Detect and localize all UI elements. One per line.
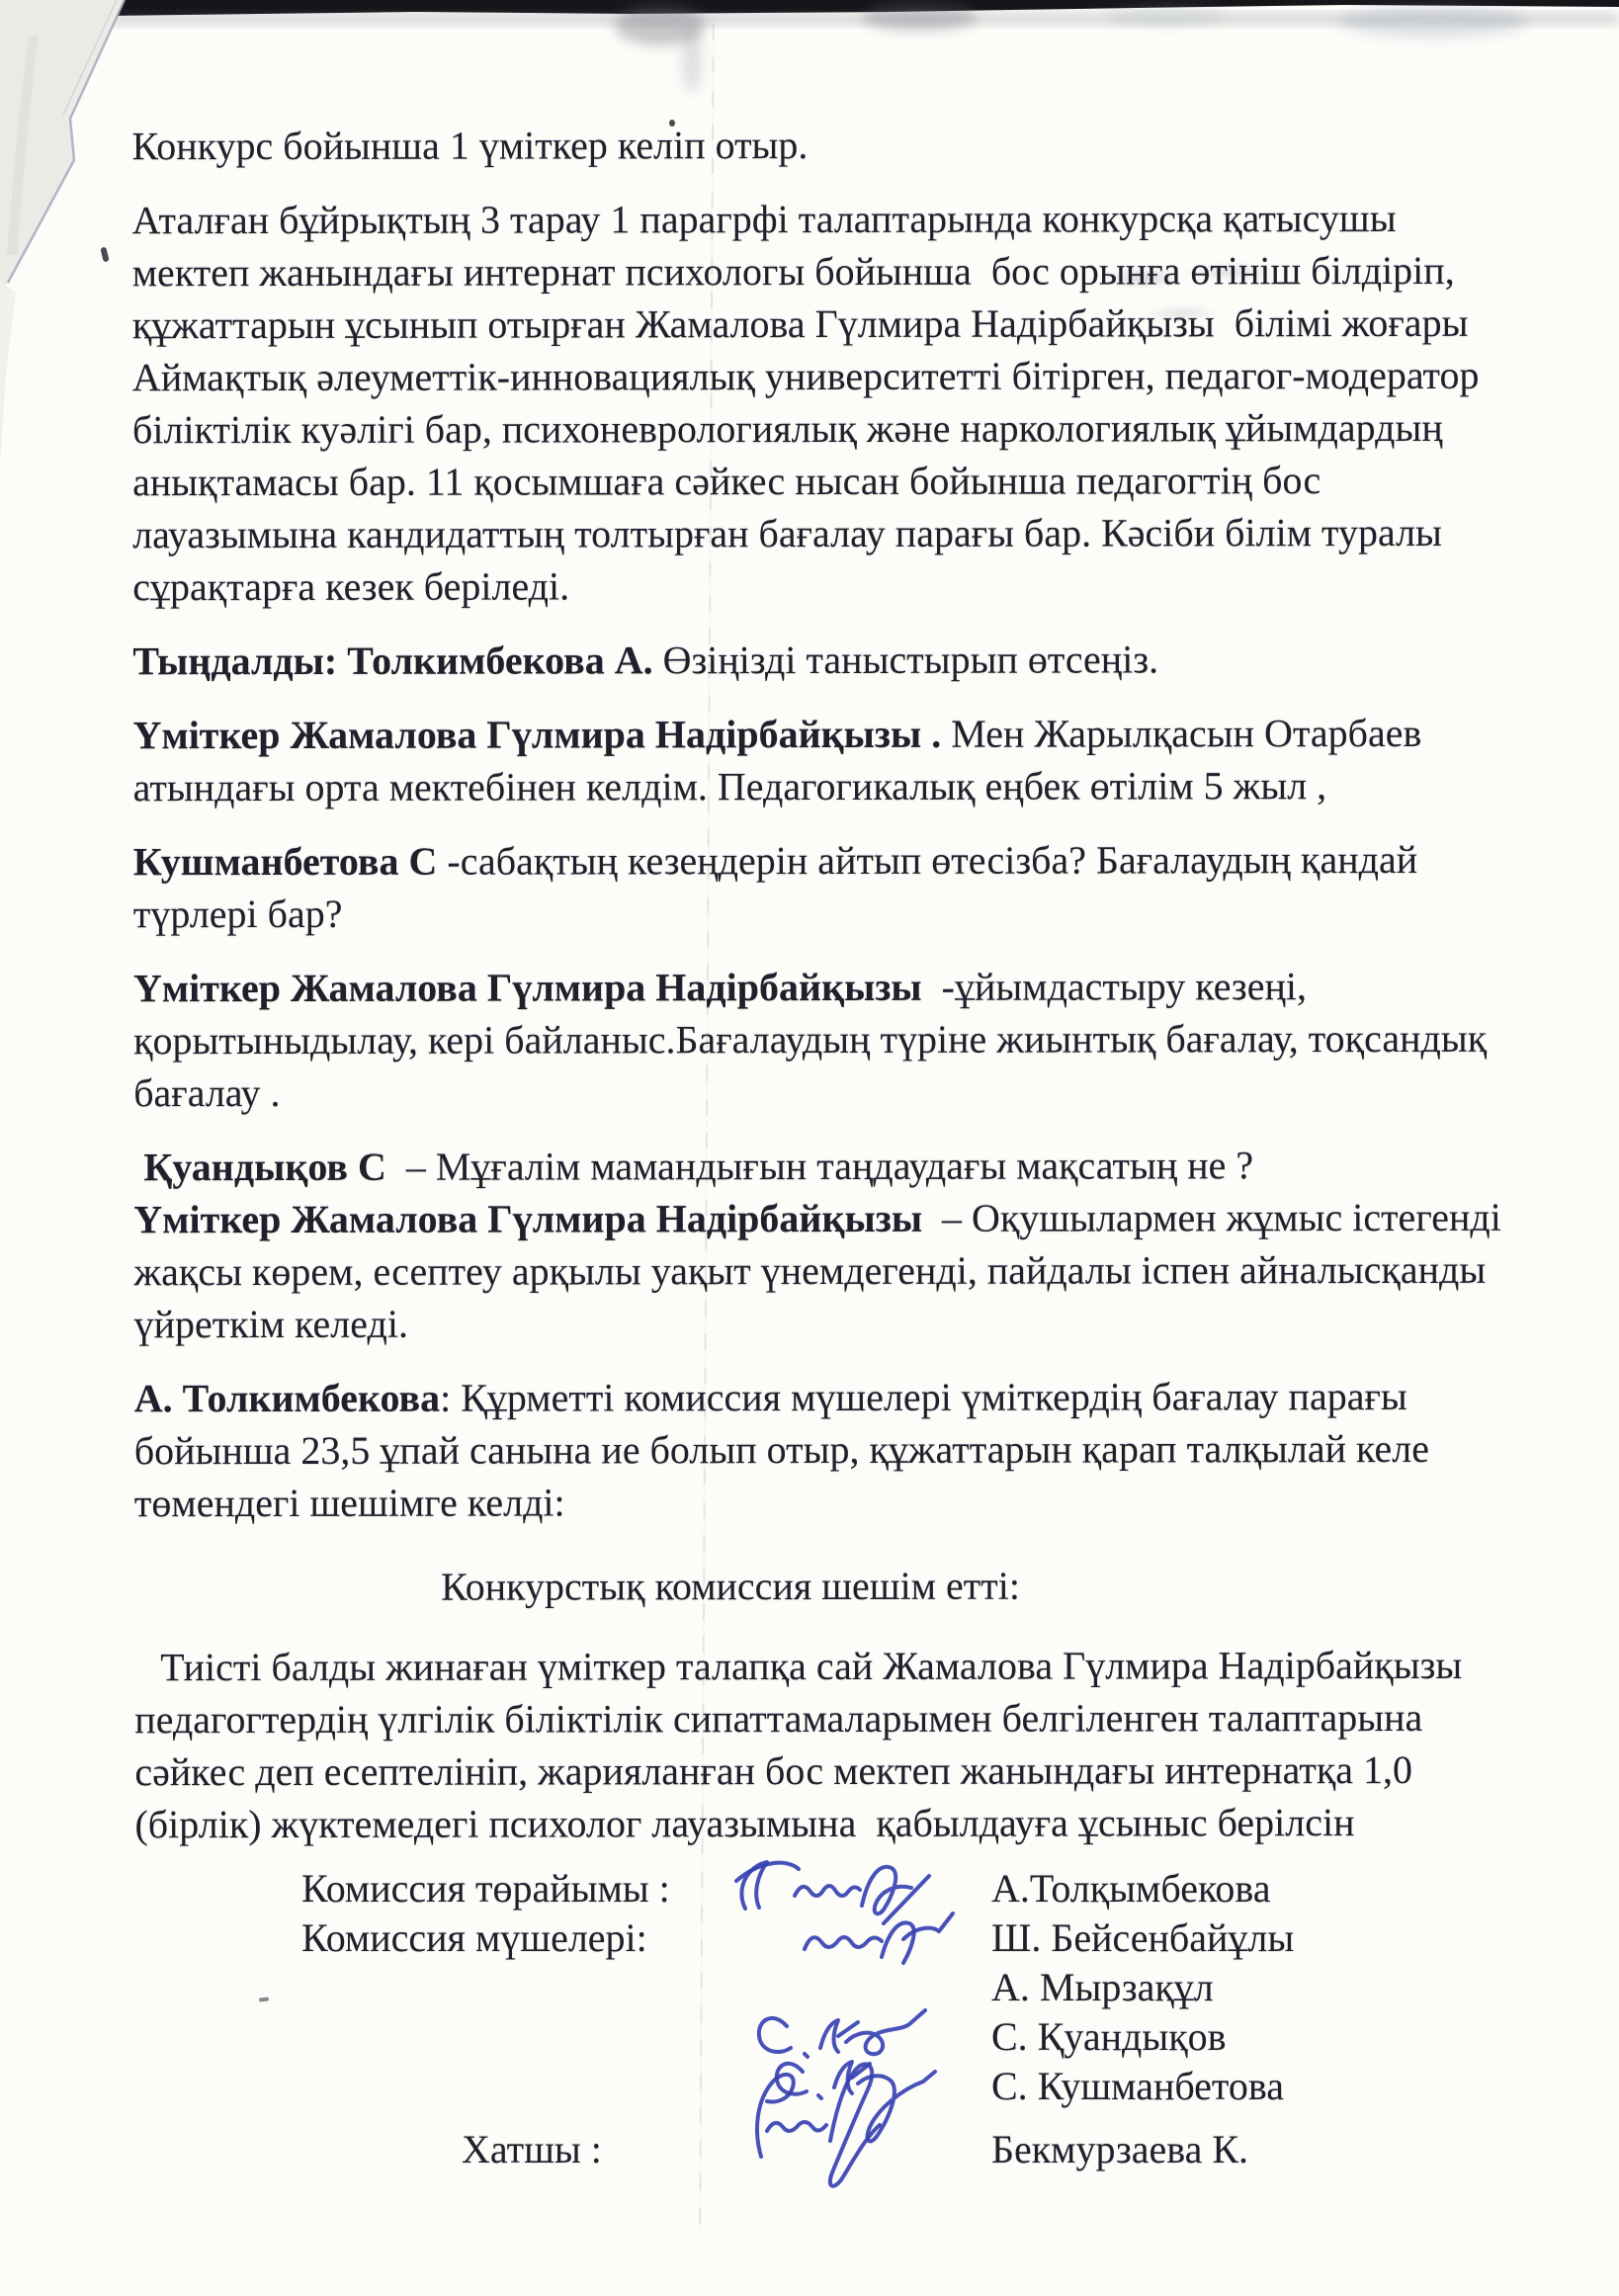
text-line: А. Толкимбекова: Құрметті комиссия мүшел… bbox=[134, 1370, 1538, 1424]
text-line: біліктілік куәлігі бар, психоневрологиял… bbox=[132, 401, 1536, 456]
text-run: : Құрметті комиссия мүшелері үміткердің … bbox=[440, 1374, 1407, 1420]
speaker-name: Үміткер Жамалова Гүлмира Надірбайқызы bbox=[133, 965, 932, 1010]
signature-block: Комиссия төрайымы :А.ТолқымбековаКомисси… bbox=[133, 1864, 1537, 2174]
text-line: Үміткер Жамалова Гүлмира Надірбайқызы – … bbox=[133, 1191, 1537, 1245]
text-line: педагогтердің үлгілік біліктілік сипатта… bbox=[134, 1691, 1538, 1745]
text-line: Тиісті балды жинаған үміткер талапқа сай… bbox=[134, 1639, 1538, 1693]
text-run: Конкурстық комиссия шешім етті: bbox=[441, 1564, 1020, 1609]
paragraph: Тиісті балды жинаған үміткер талапқа сай… bbox=[134, 1639, 1538, 1850]
paragraph: Кушманбетова С -сабақтың кезеңдерін айты… bbox=[133, 833, 1537, 940]
text-run: мектеп жанындағы интернат психологы бойы… bbox=[132, 248, 1455, 295]
text-line: Үміткер Жамалова Гүлмира Надірбайқызы -ұ… bbox=[133, 960, 1537, 1014]
text-run: сұрақтарға кезек беріледі. bbox=[132, 563, 569, 609]
text-run: – Оқушылармен жұмыс істегенді bbox=[932, 1195, 1501, 1240]
paragraph: Тыңдалды: Толкимбекова А. Өзіңізді таныс… bbox=[132, 633, 1536, 687]
text-line: бағалау . bbox=[133, 1064, 1537, 1119]
decision-heading: Конкурстық комиссия шешім етті: bbox=[134, 1559, 1538, 1613]
text-line: Конкурс бойынша 1 үміткер келіп отыр. bbox=[131, 118, 1535, 172]
document-body: Конкурс бойынша 1 үміткер келіп отыр.Ата… bbox=[131, 118, 1538, 1872]
text-run: үйреткім келеді. bbox=[134, 1302, 408, 1346]
signatory-name: Ш. Бейсенбайұлы bbox=[991, 1913, 1294, 1963]
paragraph: Үміткер Жамалова Гүлмира Надірбайқызы . … bbox=[132, 707, 1536, 813]
signature-role-label: Комиссия төрайымы : bbox=[301, 1864, 670, 1913]
text-line: сәйкес деп есептелініп, жарияланған бос … bbox=[134, 1743, 1538, 1798]
text-line: Үміткер Жамалова Гүлмира Надірбайқызы . … bbox=[132, 707, 1536, 761]
paragraph: Қуандықов С – Мұғалім мамандығын таңдауд… bbox=[133, 1139, 1537, 1350]
signature-row-secretary: Хатшы :Бекмурзаева К. bbox=[133, 2125, 1537, 2174]
text-line: анықтамасы бар. 11 қосымшаға сәйкес ныса… bbox=[132, 454, 1536, 508]
text-line: сұрақтарға кезек беріледі. bbox=[132, 558, 1536, 613]
scan-edge-band bbox=[0, 0, 1619, 128]
text-run: -сабақтың кезеңдерін айтып өтесізба? Бағ… bbox=[437, 837, 1417, 884]
text-line: құжаттарын ұсынып отырған Жамалова Гүлми… bbox=[132, 297, 1536, 351]
text-run: Аталған бұйрықтың 3 тарау 1 парагрфі тал… bbox=[132, 196, 1397, 242]
paragraph: А. Толкимбекова: Құрметті комиссия мүшел… bbox=[134, 1370, 1538, 1529]
text-line: жақсы көрем, есептеу арқылы уақыт үнемде… bbox=[133, 1243, 1537, 1298]
margin-ink-tick bbox=[100, 246, 109, 262]
text-line: қорытыныдылау, кері байланыс.Бағалаудың … bbox=[133, 1012, 1537, 1066]
speaker-name: Қуандықов С bbox=[133, 1145, 396, 1189]
text-line: Аймақтық әлеуметтік-инновациялық универс… bbox=[132, 349, 1536, 403]
text-run: сәйкес деп есептелініп, жарияланған бос … bbox=[134, 1747, 1412, 1794]
signatory-name: Бекмурзаева К. bbox=[991, 2125, 1248, 2174]
signatory-name: А.Толқымбекова bbox=[991, 1864, 1270, 1913]
text-line: Конкурстық комиссия шешім етті: bbox=[441, 1559, 1538, 1613]
text-run: Конкурс бойынша 1 үміткер келіп отыр. bbox=[131, 123, 808, 168]
signature-row-member: С. Қуандықов bbox=[133, 2012, 1537, 2062]
text-run: атындағы орта мектебінен келдім. Педагог… bbox=[133, 763, 1327, 809]
signature-row-member: А. Мырзақұл bbox=[133, 1963, 1537, 2012]
text-line: (бірлік) жүктемедегі психолог лауазымына… bbox=[134, 1796, 1538, 1850]
paragraph: Конкурс бойынша 1 үміткер келіп отыр. bbox=[131, 118, 1535, 172]
speaker-name: Үміткер Жамалова Гүлмира Надірбайқызы . bbox=[133, 712, 942, 757]
signatory-name: С. Қуандықов bbox=[991, 2012, 1227, 2062]
text-run: біліктілік куәлігі бар, психоневрологиял… bbox=[132, 405, 1443, 452]
text-run: төмендегі шешімге келді: bbox=[134, 1480, 565, 1525]
text-line: Кушманбетова С -сабақтың кезеңдерін айты… bbox=[133, 833, 1537, 888]
text-run: Мен Жарылқасын Отарбаев bbox=[941, 711, 1421, 756]
text-run: Тиісті балды жинаған үміткер талапқа сай… bbox=[160, 1643, 1462, 1689]
speaker-name: А. Толкимбекова bbox=[134, 1376, 440, 1421]
speaker-name: Тыңдалды: Толкимбекова А. bbox=[132, 638, 652, 683]
text-run: бағалау . bbox=[133, 1070, 280, 1115]
speaker-name: Үміткер Жамалова Гүлмира Надірбайқызы bbox=[133, 1196, 932, 1241]
signature-role-label: Хатшы : bbox=[462, 2125, 602, 2174]
text-run: лауазымына кандидаттың толтырған бағалау… bbox=[132, 510, 1442, 556]
text-run: түрлері бар? bbox=[133, 892, 343, 936]
text-line: Тыңдалды: Толкимбекова А. Өзіңізді таныс… bbox=[132, 633, 1536, 687]
speaker-name: Кушманбетова С bbox=[133, 839, 438, 885]
paragraph: Үміткер Жамалова Гүлмира Надірбайқызы -ұ… bbox=[133, 960, 1537, 1119]
text-run: Аймақтық әлеуметтік-инновациялық универс… bbox=[132, 353, 1480, 399]
text-run: жақсы көрем, есептеу арқылы уақыт үнемде… bbox=[133, 1247, 1486, 1294]
text-line: төмендегі шешімге келді: bbox=[134, 1475, 1538, 1529]
text-line: Аталған бұйрықтың 3 тарау 1 парагрфі тал… bbox=[132, 192, 1536, 246]
text-run: педагогтердің үлгілік біліктілік сипатта… bbox=[134, 1695, 1422, 1742]
text-line: бойынша 23,5 ұпай санына ие болып отыр, … bbox=[134, 1422, 1538, 1477]
text-run: бойынша 23,5 ұпай санына ие болып отыр, … bbox=[134, 1426, 1429, 1473]
signature-row-member: Комиссия мүшелері:Ш. Бейсенбайұлы bbox=[133, 1913, 1537, 1963]
text-line: түрлері бар? bbox=[133, 886, 1537, 940]
signature-row-chair: Комиссия төрайымы :А.Толқымбекова bbox=[133, 1864, 1537, 1913]
text-run: құжаттарын ұсынып отырған Жамалова Гүлми… bbox=[132, 300, 1469, 347]
signatory-name: А. Мырзақұл bbox=[991, 1963, 1214, 2012]
text-run: – Мұғалім мамандығын таңдаудағы мақсатың… bbox=[396, 1143, 1253, 1189]
scanned-document-page: Конкурс бойынша 1 үміткер келіп отыр.Ата… bbox=[0, 0, 1619, 2296]
text-run: қорытыныдылау, кері байланыс.Бағалаудың … bbox=[133, 1016, 1487, 1063]
signatory-name: С. Кушманбетова bbox=[991, 2062, 1284, 2111]
text-run: Өзіңізді таныстырып өтсеңіз. bbox=[653, 637, 1159, 682]
paragraph: Аталған бұйрықтың 3 тарау 1 парагрфі тал… bbox=[132, 192, 1537, 613]
text-line: Қуандықов С – Мұғалім мамандығын таңдауд… bbox=[133, 1139, 1537, 1193]
signature-row-member: С. Кушманбетова bbox=[133, 2062, 1537, 2111]
text-run: -ұйымдастыру кезеңі, bbox=[932, 964, 1307, 1009]
text-line: мектеп жанындағы интернат психологы бойы… bbox=[132, 244, 1536, 298]
text-line: лауазымына кандидаттың толтырған бағалау… bbox=[132, 506, 1536, 560]
text-line: атындағы орта мектебінен келдім. Педагог… bbox=[133, 759, 1537, 813]
signature-role-label: Комиссия мүшелері: bbox=[301, 1913, 647, 1963]
text-run: анықтамасы бар. 11 қосымшаға сәйкес ныса… bbox=[132, 458, 1321, 504]
text-line: үйреткім келеді. bbox=[134, 1296, 1538, 1350]
text-run: (бірлік) жүктемедегі психолог лауазымына… bbox=[134, 1800, 1354, 1846]
